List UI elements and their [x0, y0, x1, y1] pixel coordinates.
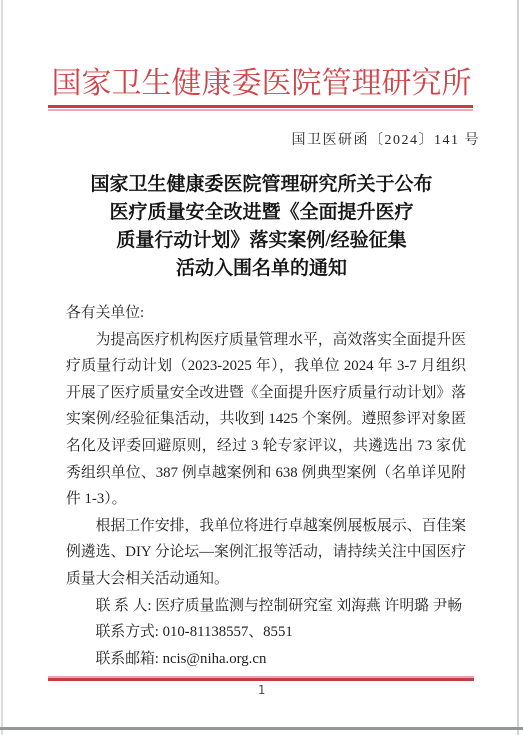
document-title: 国家卫生健康委医院管理研究所关于公布 医疗质量安全改进暨《全面提升医疗 质量行动… — [0, 171, 523, 283]
salutation: 各有关单位: — [66, 300, 466, 327]
scan-edge-bottom — [0, 727, 523, 730]
document-reference-number: 国卫医研函〔2024〕141 号 — [292, 129, 481, 149]
scanned-document-page: 国家卫生健康委医院管理研究所 国卫医研函〔2024〕141 号 国家卫生健康委医… — [0, 0, 523, 735]
document-title-line-4: 活动入围名单的通知 — [0, 255, 523, 283]
letterhead-double-rule — [48, 105, 473, 111]
letterhead-org-name: 国家卫生健康委医院管理研究所 — [0, 58, 523, 102]
paragraph-2: 根据工作安排，我单位将进行卓越案例展板展示、百佳案例遴选、DIY 分论坛—案例汇… — [66, 513, 466, 593]
contact-person-line: 联 系 人: 医疗质量监测与控制研究室 刘海燕 许明璐 尹畅 — [66, 593, 466, 620]
document-title-line-3: 质量行动计划》落实案例/经验征集 — [0, 227, 523, 255]
document-body: 各有关单位: 为提高医疗机构医疗质量管理水平，高效落实全面提升医疗质量行动计划（… — [66, 300, 466, 672]
footer-double-rule — [48, 676, 474, 681]
letterhead-rule-thick — [48, 105, 473, 108]
scan-edge-right — [517, 0, 519, 735]
contact-phone-line: 联系方式: 010-81138557、8551 — [66, 619, 466, 646]
document-title-line-1: 国家卫生健康委医院管理研究所关于公布 — [0, 171, 523, 199]
contact-email-line: 联系邮箱: ncis@niha.org.cn — [66, 646, 466, 673]
letterhead-rule-thin — [48, 109, 473, 111]
paragraph-1: 为提高医疗机构医疗质量管理水平，高效落实全面提升医疗质量行动计划（2023-20… — [66, 327, 466, 513]
page-number: 1 — [0, 683, 523, 697]
scan-edge-left — [1, 0, 3, 735]
footer-rule-thick — [48, 678, 474, 681]
document-title-line-2: 医疗质量安全改进暨《全面提升医疗 — [0, 199, 523, 227]
